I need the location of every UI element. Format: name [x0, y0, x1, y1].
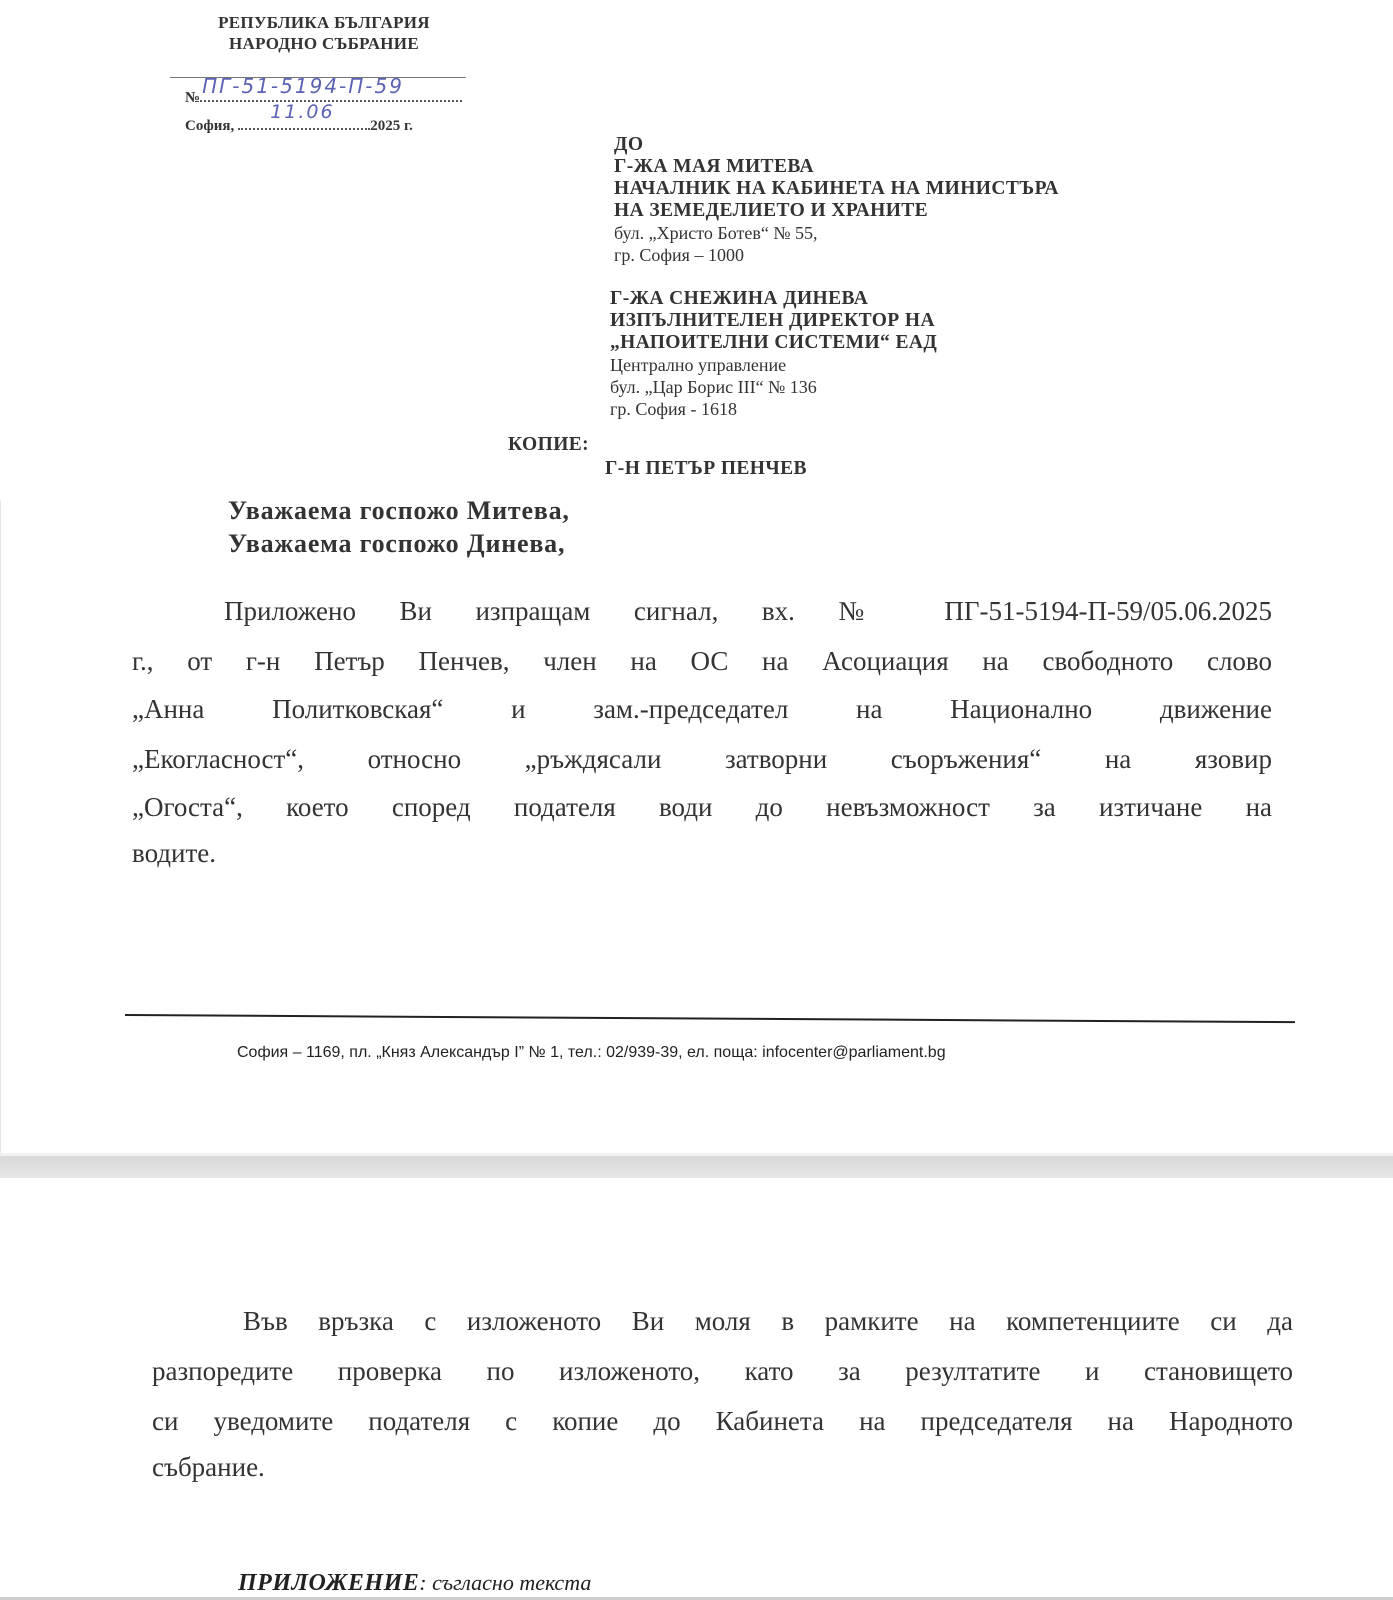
recipient-1-name: Г-ЖА МАЯ МИТЕВА [614, 156, 1059, 178]
salutation: Уважаема госпожо Митева, Уважаема госпож… [228, 494, 570, 560]
page-crop-edge [0, 500, 1, 1153]
paragraph-2-line: си уведомите подателя с копие до Кабинет… [152, 1406, 1293, 1436]
footer-divider [125, 1014, 1295, 1023]
annex-value: : съгласно текста [419, 1570, 591, 1595]
recipient-2-block: Г-ЖА СНЕЖИНА ДИНЕВА ИЗПЪЛНИТЕЛЕН ДИРЕКТО… [610, 288, 937, 420]
recipient-1-address-line1: бул. „Христо Ботев“ № 55, [614, 222, 1059, 244]
recipient-2-address-line1: Централно управление [610, 354, 937, 376]
letterhead: РЕПУБЛИКА БЪЛГАРИЯ НАРОДНО СЪБРАНИЕ [178, 12, 470, 54]
copy-recipient-name: Г-Н ПЕТЪР ПЕНЧЕВ [605, 458, 807, 480]
year-label: 2025 г. [370, 118, 413, 134]
salutation-line-1: Уважаема госпожо Митева, [228, 494, 570, 527]
page-separator [0, 1156, 1393, 1178]
registration-date-handwritten: 11.06 [270, 101, 334, 123]
paragraph-1-line: „Екогласност“, относно „ръждясали затвор… [132, 744, 1272, 774]
to-label: ДО [614, 134, 1059, 156]
paragraph-1-line: г., от г-н Петър Пенчев, член на ОС на А… [132, 646, 1272, 676]
letterhead-institution: НАРОДНО СЪБРАНИЕ [178, 33, 470, 54]
recipient-1-title-line1: НАЧАЛНИК НА КАБИНЕТА НА МИНИСТЪРА [614, 178, 1059, 200]
number-label: № [185, 90, 200, 106]
paragraph-2-line: разпоредите проверка по изложеното, като… [152, 1356, 1293, 1386]
paragraph-2-line: събрание. [152, 1452, 552, 1482]
salutation-line-2: Уважаема госпожо Динева, [228, 527, 570, 560]
annex-line: ПРИЛОЖЕНИЕ: съгласно текста [238, 1570, 591, 1597]
paragraph-2-line: Във връзка с изложеното Ви моля в рамкит… [243, 1306, 1293, 1336]
registration-number-handwritten: ПГ-51-5194-П-59 [202, 74, 404, 98]
letterhead-country: РЕПУБЛИКА БЪЛГАРИЯ [178, 12, 470, 33]
recipient-1-block: ДО Г-ЖА МАЯ МИТЕВА НАЧАЛНИК НА КАБИНЕТА … [614, 134, 1059, 266]
registration-date-row: София, 11.062025 г. [185, 110, 413, 135]
copy-label: КОПИЕ: [508, 434, 589, 456]
footer-contact: София – 1169, пл. „Княз Александър I” № … [237, 1044, 946, 1062]
annex-label: ПРИЛОЖЕНИЕ [238, 1570, 419, 1596]
paragraph-1-line: „Огоста“, което според подателя води до … [132, 792, 1272, 822]
city-label: София, [185, 118, 234, 134]
recipient-1-address-line2: гр. София – 1000 [614, 244, 1059, 266]
recipient-2-address-line3: гр. София - 1618 [610, 398, 937, 420]
paragraph-1-line: „Анна Политковская“ и зам.-председател н… [132, 694, 1272, 724]
recipient-2-title-line2: „НАПОИТЕЛНИ СИСТЕМИ“ ЕАД [610, 332, 937, 354]
recipient-2-title-line1: ИЗПЪЛНИТЕЛЕН ДИРЕКТОР НА [610, 310, 937, 332]
paragraph-1-line: Приложено Ви изпращам сигнал, вх. № ПГ-5… [224, 596, 1272, 626]
recipient-2-address-line2: бул. „Цар Борис III“ № 136 [610, 376, 937, 398]
recipient-2-name: Г-ЖА СНЕЖИНА ДИНЕВА [610, 288, 937, 310]
recipient-1-title-line2: НА ЗЕМЕДЕЛИЕТО И ХРАНИТЕ [614, 200, 1059, 222]
paragraph-1-line: водите. [132, 838, 532, 868]
